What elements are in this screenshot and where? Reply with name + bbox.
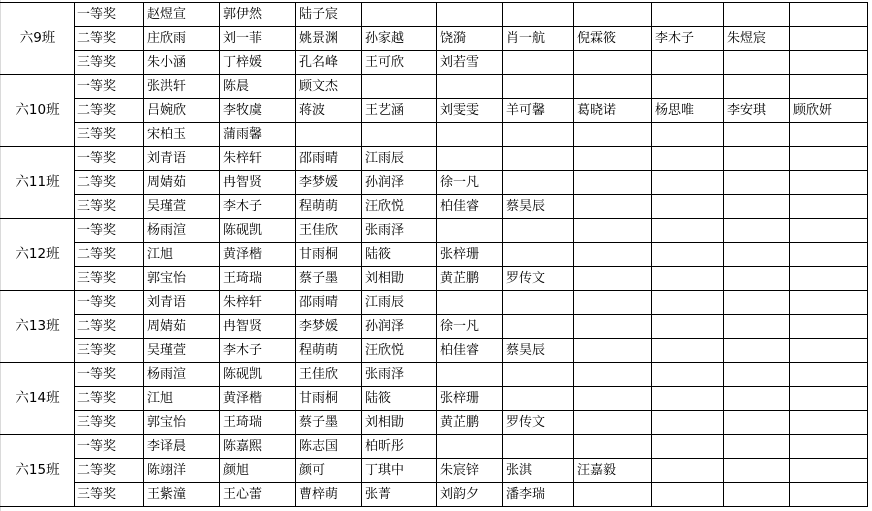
student-name-cell[interactable] xyxy=(503,387,574,411)
table-row: 三等奖宋柏玉蒲雨馨 xyxy=(1,123,868,147)
student-name-cell[interactable] xyxy=(724,147,790,171)
student-name-cell[interactable] xyxy=(790,123,868,147)
student-name-cell[interactable] xyxy=(652,171,724,195)
student-name-cell[interactable] xyxy=(574,243,652,267)
student-name-cell[interactable]: 江旭 xyxy=(144,243,220,267)
award-level-cell[interactable]: 一等奖 xyxy=(75,147,144,171)
student-name-cell[interactable]: 汪欣悦 xyxy=(362,339,437,363)
student-name-cell[interactable]: 朱梓轩 xyxy=(220,291,296,315)
student-name-cell[interactable]: 冉智贤 xyxy=(220,315,296,339)
student-name-cell[interactable]: 孙润泽 xyxy=(362,315,437,339)
class-name-cell[interactable]: 六11班 xyxy=(1,147,75,219)
student-name-cell[interactable]: 李梦媛 xyxy=(296,315,362,339)
table-row: 三等奖朱小涵丁梓媛孔名峰王可欣刘若雪 xyxy=(1,51,868,75)
table-row: 六9班一等奖赵煜宣郭伊然陆子宸 xyxy=(1,3,868,27)
student-name-cell[interactable]: 陈翊洋 xyxy=(144,459,220,483)
student-name-cell[interactable] xyxy=(652,459,724,483)
student-name-cell[interactable] xyxy=(437,123,503,147)
student-name-cell[interactable]: 邵雨晴 xyxy=(296,147,362,171)
award-level-cell[interactable]: 二等奖 xyxy=(75,27,144,51)
student-name-cell[interactable] xyxy=(724,459,790,483)
student-name-cell[interactable]: 李安琪 xyxy=(724,99,790,123)
table-row: 二等奖陈翊洋颜旭颜可丁琪中朱宸锌张淇汪嘉毅 xyxy=(1,459,868,483)
table-row: 六13班一等奖刘青语朱梓轩邵雨晴江雨辰 xyxy=(1,291,868,315)
student-name-cell[interactable]: 江旭 xyxy=(144,387,220,411)
student-name-cell[interactable]: 陆筱 xyxy=(362,387,437,411)
student-name-cell[interactable] xyxy=(724,411,790,435)
student-name-cell[interactable]: 蒲雨馨 xyxy=(220,123,296,147)
table-row: 二等奖周婧茹冉智贤李梦媛孙润泽徐一凡 xyxy=(1,171,868,195)
student-name-cell[interactable] xyxy=(362,3,437,27)
student-name-cell[interactable] xyxy=(652,483,724,507)
student-name-cell[interactable]: 王琦瑞 xyxy=(220,411,296,435)
student-name-cell[interactable] xyxy=(724,483,790,507)
student-name-cell[interactable]: 柏佳睿 xyxy=(437,195,503,219)
student-name-cell[interactable] xyxy=(362,75,437,99)
student-name-cell[interactable] xyxy=(790,243,868,267)
award-level-cell[interactable]: 三等奖 xyxy=(75,267,144,291)
student-name-cell[interactable]: 李木子 xyxy=(652,27,724,51)
student-name-cell[interactable]: 江雨辰 xyxy=(362,147,437,171)
student-name-cell[interactable] xyxy=(790,219,868,243)
student-name-cell[interactable]: 郭宝怡 xyxy=(144,267,220,291)
student-name-cell[interactable]: 张淇 xyxy=(503,459,574,483)
award-level-cell[interactable]: 二等奖 xyxy=(75,459,144,483)
student-name-cell[interactable]: 陆子宸 xyxy=(296,3,362,27)
award-level-cell[interactable]: 三等奖 xyxy=(75,123,144,147)
student-name-cell[interactable] xyxy=(790,171,868,195)
student-name-cell[interactable] xyxy=(724,435,790,459)
student-name-cell[interactable] xyxy=(652,363,724,387)
class-name-cell[interactable]: 六14班 xyxy=(1,363,75,435)
student-name-cell[interactable] xyxy=(574,435,652,459)
student-name-cell[interactable]: 陈砚凯 xyxy=(220,363,296,387)
student-name-cell[interactable]: 甘雨桐 xyxy=(296,387,362,411)
student-name-cell[interactable]: 柏昕彤 xyxy=(362,435,437,459)
student-name-cell[interactable]: 赵煜宣 xyxy=(144,3,220,27)
student-name-cell[interactable] xyxy=(652,339,724,363)
award-level-cell[interactable]: 二等奖 xyxy=(75,387,144,411)
table-row: 二等奖江旭黄泽楷甘雨桐陆筱张梓珊 xyxy=(1,387,868,411)
student-name-cell[interactable] xyxy=(574,387,652,411)
class-name-cell[interactable]: 六13班 xyxy=(1,291,75,363)
student-name-cell[interactable] xyxy=(437,219,503,243)
student-name-cell[interactable] xyxy=(652,291,724,315)
table-row: 三等奖吴瑾萱李木子程萌萌汪欣悦柏佳睿蔡昊辰 xyxy=(1,195,868,219)
student-name-cell[interactable]: 蔡子墨 xyxy=(296,411,362,435)
student-name-cell[interactable] xyxy=(790,195,868,219)
student-name-cell[interactable] xyxy=(503,219,574,243)
student-name-cell[interactable] xyxy=(574,339,652,363)
student-name-cell[interactable]: 陆筱 xyxy=(362,243,437,267)
student-name-cell[interactable]: 刘若雪 xyxy=(437,51,503,75)
student-name-cell[interactable]: 朱小涵 xyxy=(144,51,220,75)
student-name-cell[interactable]: 黄芷鹏 xyxy=(437,267,503,291)
award-level-cell[interactable]: 三等奖 xyxy=(75,411,144,435)
student-name-cell[interactable]: 饶漪 xyxy=(437,27,503,51)
student-name-cell[interactable] xyxy=(652,267,724,291)
student-name-cell[interactable] xyxy=(724,387,790,411)
student-name-cell[interactable] xyxy=(652,75,724,99)
student-name-cell[interactable] xyxy=(574,147,652,171)
table-row: 三等奖吴瑾萱李木子程萌萌汪欣悦柏佳睿蔡昊辰 xyxy=(1,339,868,363)
student-name-cell[interactable]: 汪欣悦 xyxy=(362,195,437,219)
student-name-cell[interactable]: 王可欣 xyxy=(362,51,437,75)
student-name-cell[interactable] xyxy=(503,435,574,459)
student-name-cell[interactable] xyxy=(574,315,652,339)
student-name-cell[interactable]: 陈晨 xyxy=(220,75,296,99)
student-name-cell[interactable] xyxy=(724,123,790,147)
student-name-cell[interactable] xyxy=(724,51,790,75)
award-level-cell[interactable]: 一等奖 xyxy=(75,363,144,387)
student-name-cell[interactable]: 吴瑾萱 xyxy=(144,339,220,363)
student-name-cell[interactable] xyxy=(652,435,724,459)
student-name-cell[interactable]: 刘一菲 xyxy=(220,27,296,51)
award-level-cell[interactable]: 一等奖 xyxy=(75,435,144,459)
student-name-cell[interactable] xyxy=(790,27,868,51)
student-name-cell[interactable] xyxy=(724,195,790,219)
student-name-cell[interactable] xyxy=(652,123,724,147)
table-row: 三等奖郭宝怡王琦瑞蔡子墨刘相勖黄芷鹏罗传文 xyxy=(1,411,868,435)
student-name-cell[interactable]: 程萌萌 xyxy=(296,339,362,363)
student-name-cell[interactable] xyxy=(574,51,652,75)
student-name-cell[interactable]: 李木子 xyxy=(220,195,296,219)
student-name-cell[interactable] xyxy=(503,75,574,99)
student-name-cell[interactable]: 顾欣妍 xyxy=(790,99,868,123)
student-name-cell[interactable] xyxy=(503,171,574,195)
student-name-cell[interactable] xyxy=(503,243,574,267)
award-level-cell[interactable]: 二等奖 xyxy=(75,243,144,267)
student-name-cell[interactable]: 李梦媛 xyxy=(296,171,362,195)
student-name-cell[interactable] xyxy=(790,459,868,483)
student-name-cell[interactable]: 江雨辰 xyxy=(362,291,437,315)
student-name-cell[interactable]: 曹梓萌 xyxy=(296,483,362,507)
award-level-cell[interactable]: 二等奖 xyxy=(75,315,144,339)
student-name-cell[interactable] xyxy=(362,123,437,147)
student-name-cell[interactable]: 杨雨渲 xyxy=(144,219,220,243)
table-row: 六12班一等奖杨雨渲陈砚凯王佳欣张雨泽 xyxy=(1,219,868,243)
student-name-cell[interactable] xyxy=(790,387,868,411)
student-name-cell[interactable]: 杨雨渲 xyxy=(144,363,220,387)
award-level-cell[interactable]: 三等奖 xyxy=(75,195,144,219)
student-name-cell[interactable] xyxy=(574,171,652,195)
student-name-cell[interactable]: 柏佳睿 xyxy=(437,339,503,363)
student-name-cell[interactable] xyxy=(724,171,790,195)
student-name-cell[interactable]: 陈嘉熙 xyxy=(220,435,296,459)
student-name-cell[interactable]: 颜可 xyxy=(296,459,362,483)
award-level-cell[interactable]: 二等奖 xyxy=(75,99,144,123)
student-name-cell[interactable] xyxy=(652,387,724,411)
student-name-cell[interactable]: 蔡昊辰 xyxy=(503,195,574,219)
student-name-cell[interactable]: 颜旭 xyxy=(220,459,296,483)
student-name-cell[interactable] xyxy=(437,147,503,171)
table-row: 三等奖郭宝怡王琦瑞蔡子墨刘相勖黄芷鹏罗传文 xyxy=(1,267,868,291)
class-name-cell[interactable]: 六10班 xyxy=(1,75,75,147)
award-level-cell[interactable]: 三等奖 xyxy=(75,483,144,507)
student-name-cell[interactable] xyxy=(790,363,868,387)
student-name-cell[interactable] xyxy=(503,315,574,339)
student-name-cell[interactable] xyxy=(790,51,868,75)
award-level-cell[interactable]: 一等奖 xyxy=(75,219,144,243)
student-name-cell[interactable]: 刘青语 xyxy=(144,291,220,315)
student-name-cell[interactable] xyxy=(574,195,652,219)
table-row: 六14班一等奖杨雨渲陈砚凯王佳欣张雨泽 xyxy=(1,363,868,387)
student-name-cell[interactable] xyxy=(574,75,652,99)
student-name-cell[interactable]: 朱宸锌 xyxy=(437,459,503,483)
student-name-cell[interactable] xyxy=(652,51,724,75)
student-name-cell[interactable]: 朱梓轩 xyxy=(220,147,296,171)
student-name-cell[interactable] xyxy=(652,315,724,339)
student-name-cell[interactable]: 刘相勖 xyxy=(362,267,437,291)
student-name-cell[interactable]: 徐一凡 xyxy=(437,315,503,339)
student-name-cell[interactable] xyxy=(574,123,652,147)
student-name-cell[interactable]: 李译晨 xyxy=(144,435,220,459)
student-name-cell[interactable]: 丁梓媛 xyxy=(220,51,296,75)
student-name-cell[interactable]: 程萌萌 xyxy=(296,195,362,219)
student-name-cell[interactable]: 罗传文 xyxy=(503,267,574,291)
table-row: 六11班一等奖刘青语朱梓轩邵雨晴江雨辰 xyxy=(1,147,868,171)
student-name-cell[interactable]: 张梓珊 xyxy=(437,243,503,267)
student-name-cell[interactable]: 李木子 xyxy=(220,339,296,363)
student-name-cell[interactable]: 甘雨桐 xyxy=(296,243,362,267)
student-name-cell[interactable] xyxy=(724,363,790,387)
award-level-cell[interactable]: 三等奖 xyxy=(75,339,144,363)
student-name-cell[interactable]: 张洪轩 xyxy=(144,75,220,99)
student-name-cell[interactable] xyxy=(652,195,724,219)
student-name-cell[interactable]: 肖一航 xyxy=(503,27,574,51)
student-name-cell[interactable] xyxy=(574,219,652,243)
student-name-cell[interactable]: 徐一凡 xyxy=(437,171,503,195)
table-row: 二等奖吕婉欣李牧虞蒋波王艺涵刘雯雯羊可馨葛晓诺杨思唯李安琪顾欣妍 xyxy=(1,99,868,123)
student-name-cell[interactable] xyxy=(574,363,652,387)
student-name-cell[interactable]: 张菁 xyxy=(362,483,437,507)
student-name-cell[interactable]: 倪霖筱 xyxy=(574,27,652,51)
student-name-cell[interactable]: 王艺涵 xyxy=(362,99,437,123)
student-name-cell[interactable]: 刘相勖 xyxy=(362,411,437,435)
table-row: 二等奖庄欣雨刘一菲姚景渊孙家越饶漪肖一航倪霖筱李木子朱煜宸 xyxy=(1,27,868,51)
student-name-cell[interactable]: 蔡子墨 xyxy=(296,267,362,291)
student-name-cell[interactable] xyxy=(652,147,724,171)
student-name-cell[interactable]: 杨思唯 xyxy=(652,99,724,123)
table-row: 二等奖江旭黄泽楷甘雨桐陆筱张梓珊 xyxy=(1,243,868,267)
student-name-cell[interactable]: 郭伊然 xyxy=(220,3,296,27)
student-name-cell[interactable]: 孔名峰 xyxy=(296,51,362,75)
class-name-cell[interactable]: 六12班 xyxy=(1,219,75,291)
student-name-cell[interactable]: 周婧茹 xyxy=(144,315,220,339)
student-name-cell[interactable] xyxy=(724,243,790,267)
student-name-cell[interactable] xyxy=(790,291,868,315)
student-name-cell[interactable] xyxy=(652,411,724,435)
student-name-cell[interactable]: 邵雨晴 xyxy=(296,291,362,315)
student-name-cell[interactable]: 蒋波 xyxy=(296,99,362,123)
student-name-cell[interactable] xyxy=(652,3,724,27)
student-name-cell[interactable]: 孙家越 xyxy=(362,27,437,51)
student-name-cell[interactable]: 郭宝怡 xyxy=(144,411,220,435)
award-level-cell[interactable]: 一等奖 xyxy=(75,75,144,99)
student-name-cell[interactable] xyxy=(503,3,574,27)
student-name-cell[interactable]: 丁琪中 xyxy=(362,459,437,483)
student-name-cell[interactable] xyxy=(790,267,868,291)
award-level-cell[interactable]: 一等奖 xyxy=(75,3,144,27)
class-name-cell[interactable]: 六9班 xyxy=(1,3,75,75)
student-name-cell[interactable] xyxy=(296,123,362,147)
student-name-cell[interactable] xyxy=(574,267,652,291)
student-name-cell[interactable] xyxy=(503,51,574,75)
student-name-cell[interactable] xyxy=(652,219,724,243)
student-name-cell[interactable] xyxy=(437,75,503,99)
student-name-cell[interactable] xyxy=(724,3,790,27)
student-name-cell[interactable]: 葛晓诺 xyxy=(574,99,652,123)
award-level-cell[interactable]: 一等奖 xyxy=(75,291,144,315)
student-name-cell[interactable]: 黄泽楷 xyxy=(220,243,296,267)
student-name-cell[interactable]: 孙润泽 xyxy=(362,171,437,195)
table-row: 六15班一等奖李译晨陈嘉熙陈志国柏昕彤 xyxy=(1,435,868,459)
student-name-cell[interactable] xyxy=(574,3,652,27)
student-name-cell[interactable]: 王心蕾 xyxy=(220,483,296,507)
student-name-cell[interactable]: 王琦瑞 xyxy=(220,267,296,291)
student-name-cell[interactable] xyxy=(790,483,868,507)
student-name-cell[interactable] xyxy=(724,339,790,363)
student-name-cell[interactable] xyxy=(724,315,790,339)
award-level-cell[interactable]: 二等奖 xyxy=(75,171,144,195)
student-name-cell[interactable]: 周婧茹 xyxy=(144,171,220,195)
student-name-cell[interactable]: 刘青语 xyxy=(144,147,220,171)
student-name-cell[interactable] xyxy=(790,411,868,435)
student-name-cell[interactable]: 黄泽楷 xyxy=(220,387,296,411)
student-name-cell[interactable]: 庄欣雨 xyxy=(144,27,220,51)
student-name-cell[interactable]: 张雨泽 xyxy=(362,219,437,243)
student-name-cell[interactable]: 王佳欣 xyxy=(296,219,362,243)
student-name-cell[interactable] xyxy=(652,243,724,267)
student-name-cell[interactable]: 蔡昊辰 xyxy=(503,339,574,363)
student-name-cell[interactable] xyxy=(503,147,574,171)
student-name-cell[interactable]: 刘雯雯 xyxy=(437,99,503,123)
student-name-cell[interactable]: 顾文杰 xyxy=(296,75,362,99)
student-name-cell[interactable] xyxy=(790,147,868,171)
student-name-cell[interactable]: 黄芷鹏 xyxy=(437,411,503,435)
student-name-cell[interactable] xyxy=(437,291,503,315)
student-name-cell[interactable] xyxy=(503,291,574,315)
student-name-cell[interactable] xyxy=(790,339,868,363)
award-table-body: 六9班一等奖赵煜宣郭伊然陆子宸二等奖庄欣雨刘一菲姚景渊孙家越饶漪肖一航倪霖筱李木… xyxy=(1,3,868,507)
student-name-cell[interactable]: 张雨泽 xyxy=(362,363,437,387)
student-name-cell[interactable]: 汪嘉毅 xyxy=(574,459,652,483)
student-name-cell[interactable] xyxy=(790,315,868,339)
student-name-cell[interactable] xyxy=(790,75,868,99)
student-name-cell[interactable] xyxy=(724,291,790,315)
student-name-cell[interactable] xyxy=(574,291,652,315)
student-name-cell[interactable] xyxy=(574,411,652,435)
student-name-cell[interactable]: 羊可馨 xyxy=(503,99,574,123)
student-name-cell[interactable] xyxy=(724,267,790,291)
student-name-cell[interactable]: 潘李瑞 xyxy=(503,483,574,507)
student-name-cell[interactable]: 刘韵夕 xyxy=(437,483,503,507)
student-name-cell[interactable]: 王佳欣 xyxy=(296,363,362,387)
table-row: 三等奖王紫潼王心蕾曹梓萌张菁刘韵夕潘李瑞 xyxy=(1,483,868,507)
student-name-cell[interactable]: 吕婉欣 xyxy=(144,99,220,123)
student-name-cell[interactable] xyxy=(503,123,574,147)
student-name-cell[interactable] xyxy=(790,435,868,459)
student-name-cell[interactable]: 陈志国 xyxy=(296,435,362,459)
student-name-cell[interactable]: 姚景渊 xyxy=(296,27,362,51)
student-name-cell[interactable]: 吴瑾萱 xyxy=(144,195,220,219)
table-row: 二等奖周婧茹冉智贤李梦媛孙润泽徐一凡 xyxy=(1,315,868,339)
student-name-cell[interactable]: 王紫潼 xyxy=(144,483,220,507)
student-name-cell[interactable] xyxy=(724,219,790,243)
student-name-cell[interactable] xyxy=(574,483,652,507)
class-name-cell[interactable]: 六15班 xyxy=(1,435,75,507)
student-name-cell[interactable]: 张梓珊 xyxy=(437,387,503,411)
student-name-cell[interactable] xyxy=(724,75,790,99)
student-name-cell[interactable]: 罗传文 xyxy=(503,411,574,435)
student-name-cell[interactable] xyxy=(437,3,503,27)
student-name-cell[interactable]: 宋柏玉 xyxy=(144,123,220,147)
student-name-cell[interactable]: 李牧虞 xyxy=(220,99,296,123)
award-list-table: 六9班一等奖赵煜宣郭伊然陆子宸二等奖庄欣雨刘一菲姚景渊孙家越饶漪肖一航倪霖筱李木… xyxy=(0,2,868,507)
student-name-cell[interactable] xyxy=(790,3,868,27)
student-name-cell[interactable] xyxy=(437,435,503,459)
table-row: 六10班一等奖张洪轩陈晨顾文杰 xyxy=(1,75,868,99)
student-name-cell[interactable]: 冉智贤 xyxy=(220,171,296,195)
student-name-cell[interactable] xyxy=(503,363,574,387)
student-name-cell[interactable]: 陈砚凯 xyxy=(220,219,296,243)
student-name-cell[interactable]: 朱煜宸 xyxy=(724,27,790,51)
student-name-cell[interactable] xyxy=(437,363,503,387)
award-level-cell[interactable]: 三等奖 xyxy=(75,51,144,75)
